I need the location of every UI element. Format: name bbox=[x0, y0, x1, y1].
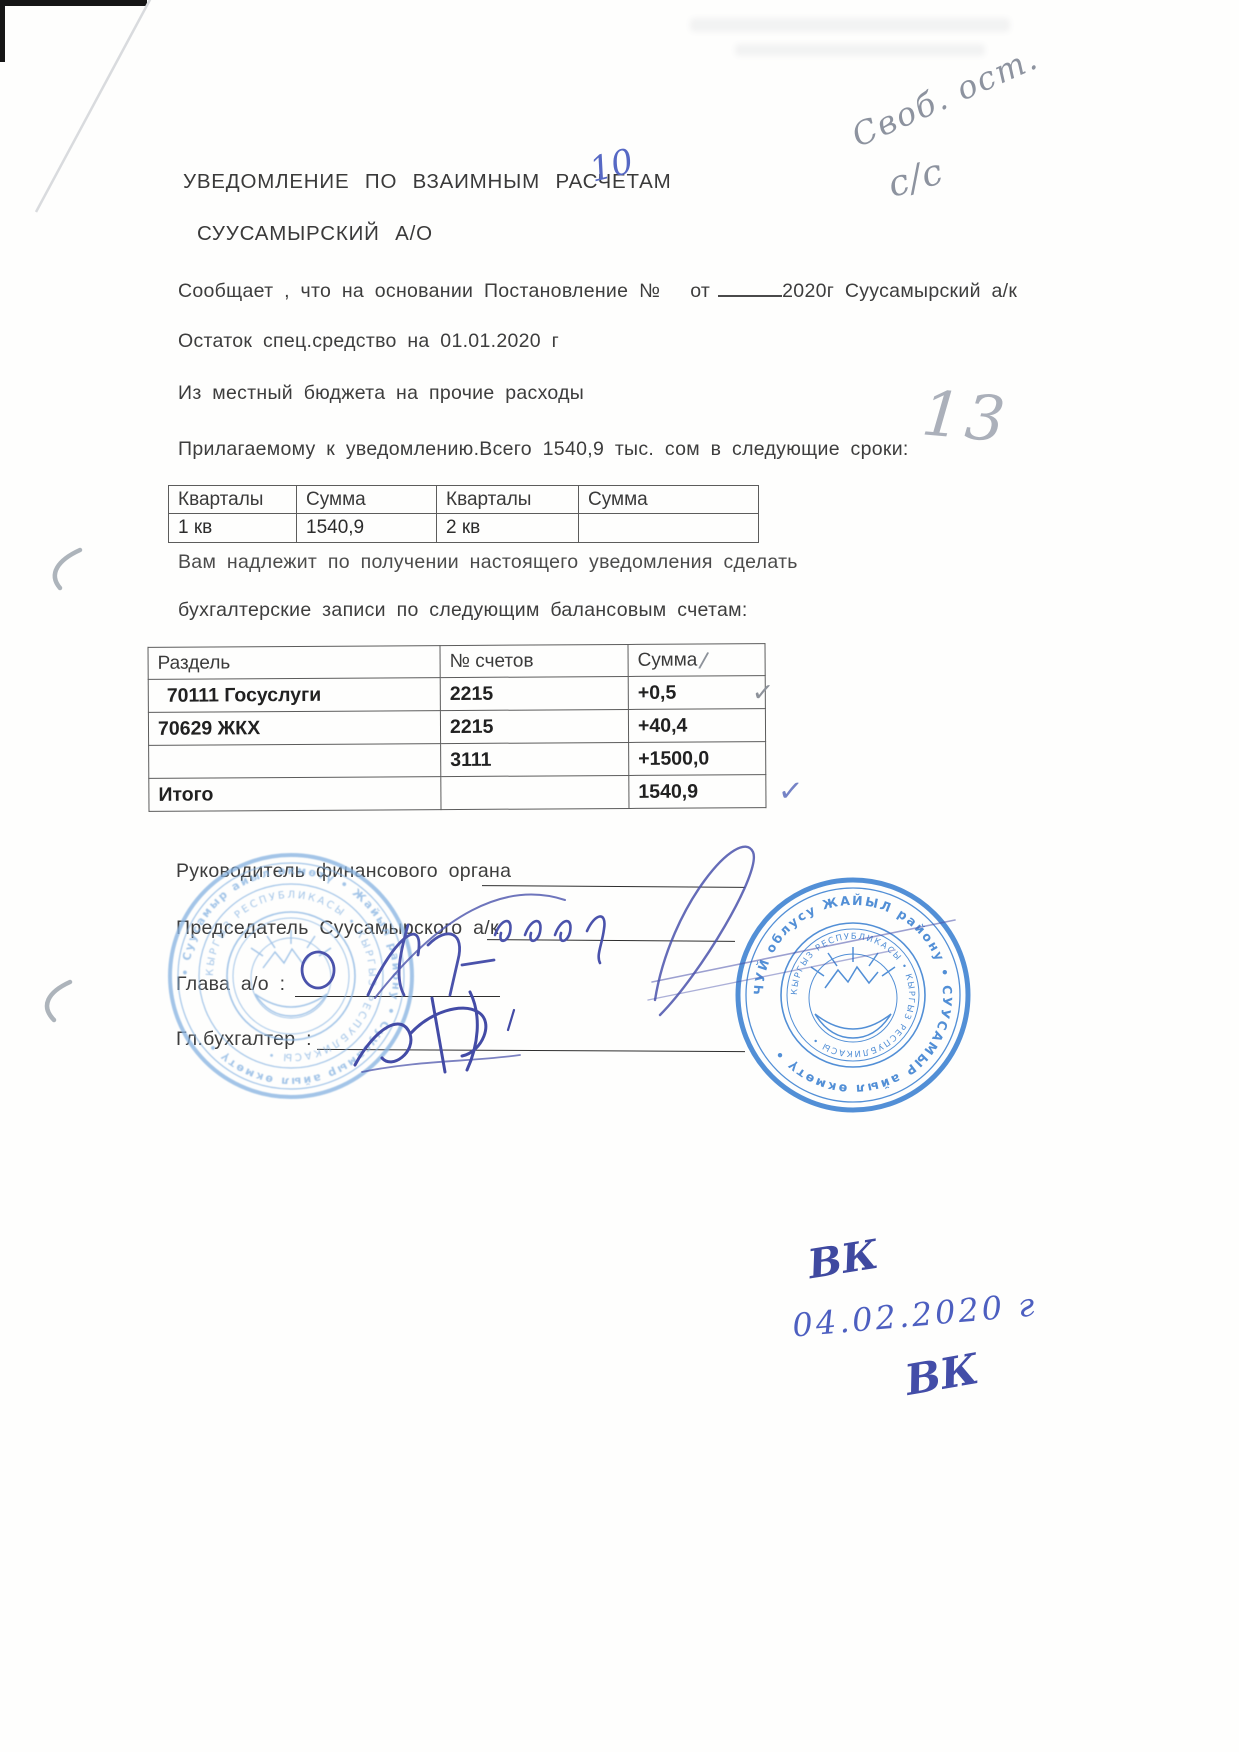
round-stamp-right: ЧУЙ облусу ЖАЙЫЛ району • СУУСАМЫР айыл … bbox=[730, 872, 976, 1118]
accounts-row: 3111 +1500,0 bbox=[149, 742, 766, 779]
signature-label-finance-head: Руководитель финансового органа bbox=[176, 860, 511, 883]
signature-line bbox=[487, 939, 735, 942]
accounts-row: 70629 ЖКХ 2215 +40,4 bbox=[148, 709, 765, 746]
accounts-cell-section: 70111 Госуслуги bbox=[148, 678, 440, 713]
accounts-cell-empty bbox=[441, 775, 629, 809]
stamp-right-inner-ring-text: КЫРГЫЗ РЕСПУБЛИКАСЫ • КЫРГЫЗ РЕСПУБЛИКАС… bbox=[790, 932, 916, 1058]
handwritten-date: 04.02.2020 г bbox=[791, 1285, 1039, 1344]
paper-mark-arc bbox=[47, 982, 70, 1020]
accounts-header-cell: Раздель bbox=[148, 646, 440, 680]
signature-line bbox=[295, 996, 500, 997]
bleed-through-mark bbox=[735, 44, 985, 56]
accounts-cell-sum: +1500,0 bbox=[629, 742, 766, 776]
svg-text:ЧУЙ облусу ЖАЙЫЛ району • СУУС: ЧУЙ облусу ЖАЙЫЛ району • СУУСАМЫР айыл … bbox=[751, 893, 955, 1097]
gray-check-mark: ✓ bbox=[751, 676, 775, 708]
accounts-cell-number: 3111 bbox=[441, 742, 629, 776]
paragraph-instruction-2: бухгалтерские записи по следующим баланс… bbox=[178, 599, 748, 622]
accounts-cell-section: 70629 ЖКХ bbox=[148, 711, 440, 746]
handwritten-margin-number: 13 bbox=[919, 376, 1012, 456]
accounts-cell-sum: +0,5 bbox=[628, 676, 765, 710]
accounts-row: 70111 Госуслуги 2215 +0,5 bbox=[148, 676, 765, 713]
accounts-cell-sum: +40,4 bbox=[628, 709, 765, 743]
signature-label-chairman: Председатель Суусамырского а/к bbox=[176, 917, 499, 940]
accounts-cell-total-sum: 1540,9 bbox=[629, 775, 766, 809]
accounts-total-row: Итого 1540,9 bbox=[149, 775, 766, 812]
accounts-header-cell: № счетов bbox=[440, 644, 628, 677]
accounts-cell-number: 2215 bbox=[440, 709, 628, 743]
organization-name: СУУСАМЫРСКИЙ А/О bbox=[197, 222, 433, 246]
paragraph-instruction-1: Вам надлежит по получении настоящего уве… bbox=[178, 551, 798, 574]
scanned-document-page: Своб. ост. с/с УВЕДОМЛЕНИЕ ПО ВЗАИМНЫМ Р… bbox=[0, 0, 1239, 1752]
paragraph-basis: Сообщает , что на основании Постановлени… bbox=[178, 277, 1017, 303]
blue-check-mark: ✓ bbox=[777, 773, 805, 810]
signature-chairman bbox=[495, 847, 955, 1015]
accounts-cell-number: 2215 bbox=[440, 676, 628, 710]
bleed-through-mark bbox=[690, 18, 1010, 32]
quarters-header-cell: Сумма bbox=[579, 486, 759, 514]
quarters-header-cell: Кварталы bbox=[437, 486, 579, 514]
signature-label-chief-accountant: Гл.бухгалтер : bbox=[176, 1028, 312, 1051]
accounts-cell-section bbox=[149, 744, 441, 779]
handwritten-initials-top: ВК bbox=[805, 1231, 882, 1288]
scan-crease-line bbox=[36, 0, 152, 212]
quarters-cell bbox=[579, 514, 759, 543]
signature-label-head: Глава а/о : bbox=[176, 973, 285, 996]
quarters-table: Кварталы Сумма Кварталы Сумма 1 кв 1540,… bbox=[168, 485, 759, 543]
signature-head bbox=[302, 895, 565, 998]
paragraph-balance: Остаток спец.средство на 01.01.2020 г bbox=[178, 330, 559, 353]
stamp-right-ring-text: ЧУЙ облусу ЖАЙЫЛ району • СУУСАМЫР айыл … bbox=[751, 893, 955, 1097]
svg-text:КЫРГЫЗ РЕСПУБЛИКАСЫ • КЫРГЫЗ Р: КЫРГЫЗ РЕСПУБЛИКАСЫ • КЫРГЫЗ РЕСПУБЛИКАС… bbox=[790, 932, 916, 1058]
handwritten-corner-note-line2: с/с bbox=[883, 151, 948, 206]
quarters-header-row: Кварталы Сумма Кварталы Сумма bbox=[169, 486, 759, 514]
quarters-data-row: 1 кв 1540,9 2 кв bbox=[169, 514, 759, 543]
paragraph-budget: Из местный бюджета на прочие расходы bbox=[178, 382, 584, 405]
quarters-cell: 2 кв bbox=[437, 514, 579, 543]
handwritten-initials-bottom: ВК bbox=[901, 1344, 982, 1405]
paragraph-basis-year: 2020г Суусамырский а/к bbox=[782, 280, 1017, 302]
signature-chief-accountant bbox=[355, 992, 520, 1072]
paragraph-basis-ot: от bbox=[690, 280, 710, 302]
paragraph-basis-text: Сообщает , что на основании Постановлени… bbox=[178, 280, 660, 302]
quarters-header-cell: Сумма bbox=[297, 486, 437, 514]
handwritten-corner-note-line1: Своб. ост. bbox=[846, 39, 1044, 155]
scan-edge-top bbox=[0, 0, 147, 6]
accounts-table: Раздель № счетов Сумма 70111 Госуслуги 2… bbox=[148, 643, 767, 812]
signature-line bbox=[317, 1049, 745, 1052]
blank-line bbox=[718, 277, 782, 297]
quarters-header-cell: Кварталы bbox=[169, 486, 297, 514]
quarters-cell: 1540,9 bbox=[297, 514, 437, 543]
paper-mark-arc bbox=[55, 550, 80, 588]
quarters-cell: 1 кв bbox=[169, 514, 297, 543]
signature-line bbox=[482, 885, 745, 888]
scan-edge-left bbox=[0, 0, 5, 62]
accounts-header-row: Раздель № счетов Сумма bbox=[148, 644, 765, 680]
accounts-cell-total-label: Итого bbox=[149, 777, 441, 812]
paragraph-total: Прилагаемому к уведомлению.Всего 1540,9 … bbox=[178, 438, 909, 461]
stamp-right-emblem bbox=[809, 947, 897, 1042]
